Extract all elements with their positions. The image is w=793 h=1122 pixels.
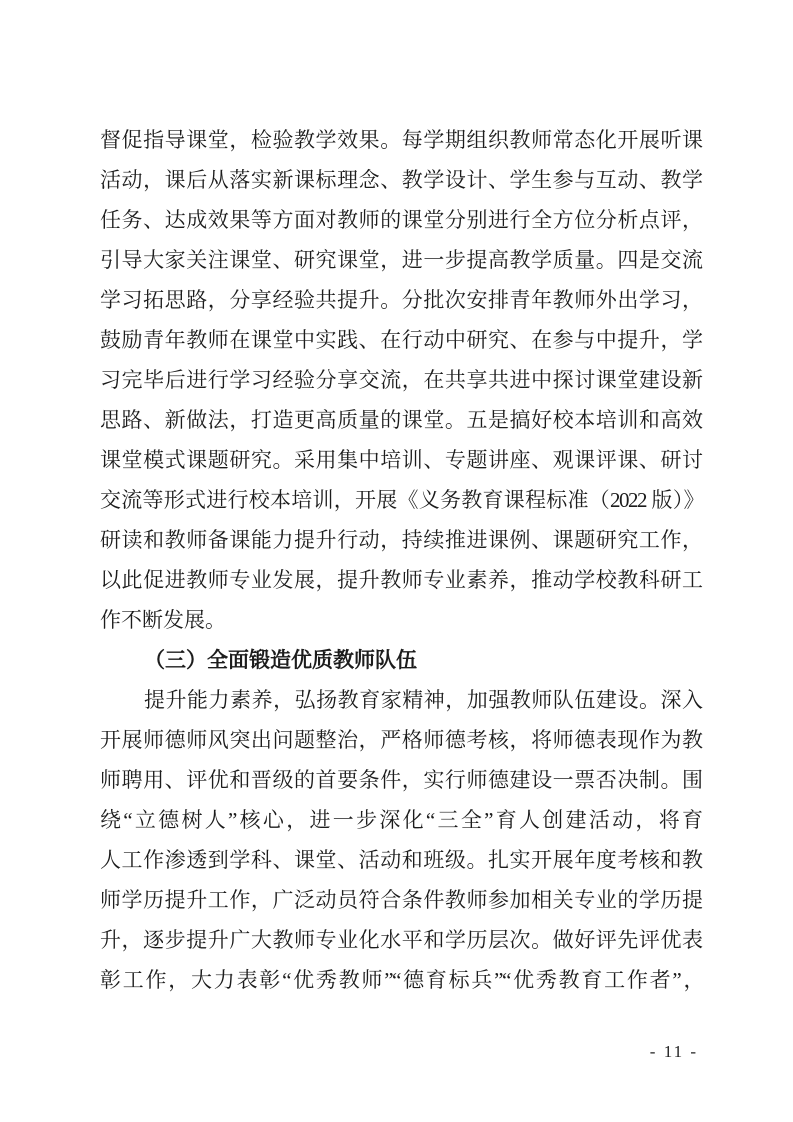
text-line: 人工作渗透到学科、课堂、活动和班级。扎实开展年度考核和教 bbox=[100, 840, 703, 880]
paragraph-1: 督促指导课堂，检验教学效果。每学期组织教师常态化开展听课 活动，课后从落实新课标… bbox=[100, 120, 703, 640]
text-line: 思路、新做法，打造更高质量的课堂。五是搞好校本培训和高效 bbox=[100, 400, 703, 440]
text-line: 引导大家关注课堂、研究课堂，进一步提高教学质量。四是交流 bbox=[100, 240, 703, 280]
text-line: 彰工作，大力表彰“优秀教师”“德育标兵”“优秀教育工作者”， bbox=[100, 960, 703, 1000]
text-line: 研读和教师备课能力提升行动，持续推进课例、课题研究工作， bbox=[100, 520, 703, 560]
text-line: 师学历提升工作，广泛动员符合条件教师参加相关专业的学历提 bbox=[100, 880, 703, 920]
text-line: 督促指导课堂，检验教学效果。每学期组织教师常态化开展听课 bbox=[100, 120, 703, 160]
text-line: 绕“立德树人”核心，进一步深化“三全”育人创建活动，将育 bbox=[100, 800, 703, 840]
text-line: 师聘用、评优和晋级的首要条件，实行师德建设一票否决制。围 bbox=[100, 760, 703, 800]
text-line: 任务、达成效果等方面对教师的课堂分别进行全方位分析点评， bbox=[100, 200, 703, 240]
text-line: 交流等形式进行校本培训，开展《义务教育课程标准（2022 版）》 bbox=[100, 480, 703, 520]
text-line: 课堂模式课题研究。采用集中培训、专题讲座、观课评课、研讨 bbox=[100, 440, 703, 480]
text-line: 鼓励青年教师在课堂中实践、在行动中研究、在参与中提升，学 bbox=[100, 320, 703, 360]
text-line: 提升能力素养，弘扬教育家精神，加强教师队伍建设。深入 bbox=[100, 680, 703, 720]
text-line: 升，逐步提升广大教师专业化水平和学历层次。做好评先评优表 bbox=[100, 920, 703, 960]
page-number: - 11 - bbox=[650, 1040, 698, 1064]
text-line: 活动，课后从落实新课标理念、教学设计、学生参与互动、教学 bbox=[100, 160, 703, 200]
text-line: 学习拓思路，分享经验共提升。分批次安排青年教师外出学习， bbox=[100, 280, 703, 320]
text-line: 习完毕后进行学习经验分享交流，在共享共进中探讨课堂建设新 bbox=[100, 360, 703, 400]
text-line: 开展师德师风突出问题整治，严格师德考核，将师德表现作为教 bbox=[100, 720, 703, 760]
section-heading: （三）全面锻造优质教师队伍 bbox=[100, 640, 703, 680]
paragraph-2: 提升能力素养，弘扬教育家精神，加强教师队伍建设。深入 开展师德师风突出问题整治，… bbox=[100, 680, 703, 1000]
text-line: 作不断发展。 bbox=[100, 600, 703, 640]
document-page: 督促指导课堂，检验教学效果。每学期组织教师常态化开展听课 活动，课后从落实新课标… bbox=[0, 0, 793, 1122]
text-line: 以此促进教师专业发展，提升教师专业素养，推动学校教科研工 bbox=[100, 560, 703, 600]
document-body: 督促指导课堂，检验教学效果。每学期组织教师常态化开展听课 活动，课后从落实新课标… bbox=[100, 120, 703, 1000]
